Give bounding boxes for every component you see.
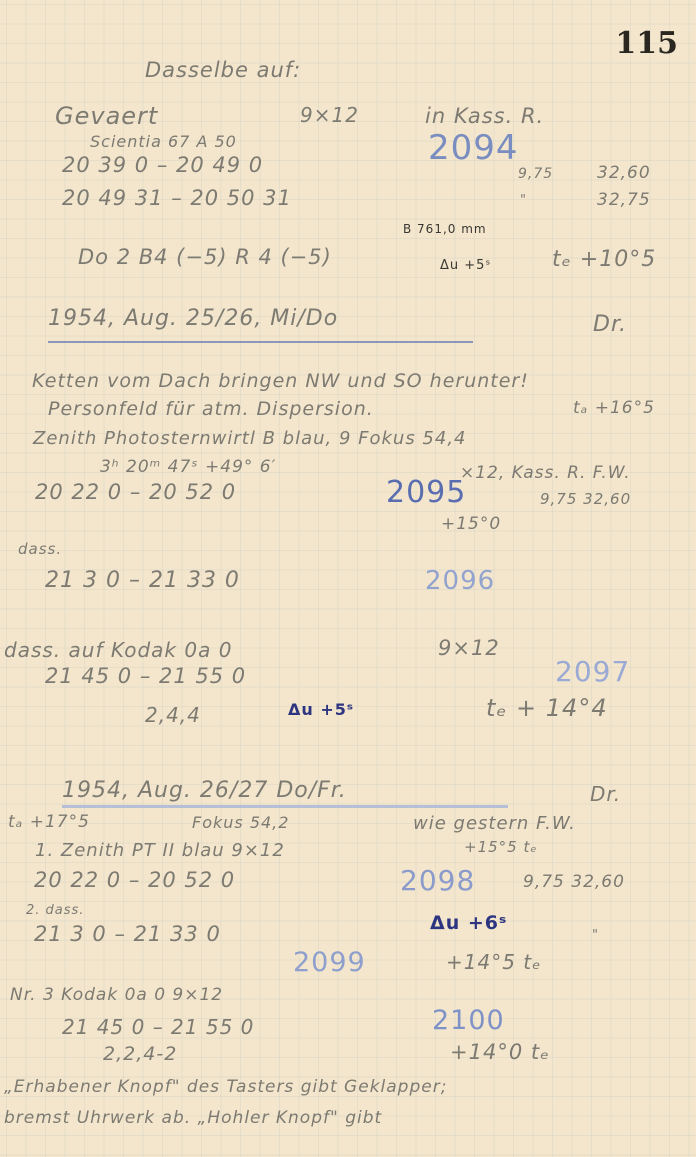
value: 32,60: [597, 163, 651, 183]
temperature: +14°0 tₑ: [450, 1040, 550, 1064]
temperature: +14°5 tₑ: [446, 950, 541, 974]
focus: Fokus 54,2: [192, 813, 289, 832]
exposure-time: 20 22 0 – 20 52 0: [34, 868, 235, 892]
heading-underline: [48, 341, 473, 343]
temperature: tₐ +16°5: [573, 398, 655, 418]
note-line: Personfeld für atm. Dispersion.: [48, 398, 374, 420]
observer: Dr.: [590, 782, 621, 806]
value: 9,75: [518, 166, 553, 182]
temperature: +15°0: [441, 514, 501, 534]
seeing-notes: Do 2 B4 (−5) R 4 (−5): [78, 245, 332, 269]
plate-type: dass. auf Kodak 0a 0: [4, 638, 232, 662]
exposure-time: 21 3 0 – 21 33 0: [34, 922, 221, 946]
plate-info: ×12, Kass. R. F.W.: [460, 463, 631, 483]
seeing: 2,4,4: [145, 703, 201, 727]
plate-size: 9×12: [300, 103, 359, 127]
ditto-label: dass.: [18, 540, 62, 558]
values: 9,75 32,60: [540, 490, 631, 508]
ditto-mark: ": [592, 928, 599, 943]
temperature: tₐ +17°5: [8, 812, 90, 832]
plate-line: Nr. 3 Kodak 0a 0 9×12: [10, 985, 223, 1005]
seeing: 2,2,4-2: [103, 1043, 177, 1065]
exposure-time: 21 45 0 – 21 55 0: [45, 664, 246, 688]
clock-correction: Δu +6ˢ: [430, 912, 507, 934]
ditto-label: 2. dass.: [26, 903, 84, 918]
heading-dasselbe: Dasselbe auf:: [145, 58, 301, 82]
exposure-time: 20 39 0 – 20 49 0: [62, 153, 263, 177]
plate-number: 2100: [432, 1005, 505, 1036]
date-heading: 1954, Aug. 26/27 Do/Fr.: [62, 778, 347, 803]
values: 9,75 32,60: [523, 872, 625, 892]
plate-number: 2099: [293, 947, 366, 978]
coordinates: 3ʰ 20ᵐ 47ˢ +49° 6′: [100, 457, 276, 477]
clock-correction: Δu +5ˢ: [440, 258, 491, 273]
note-line: „Erhabener Knopf" des Tasters gibt Gekla…: [4, 1077, 447, 1097]
instrument-line: 1. Zenith PT II blau 9×12: [35, 840, 285, 861]
plate-number: 2096: [425, 566, 495, 596]
value: 32,75: [597, 190, 651, 210]
clock-correction: Δu +5ˢ: [288, 700, 354, 719]
temperature: tₑ +10°5: [552, 247, 656, 272]
exposure-time: 21 45 0 – 21 55 0: [62, 1015, 254, 1039]
exposure-time: 21 3 0 – 21 33 0: [45, 568, 240, 593]
date-heading: 1954, Aug. 25/26, Mi/Do: [48, 306, 338, 331]
note: wie gestern F.W.: [413, 813, 576, 834]
exposure-time: 20 22 0 – 20 52 0: [35, 480, 236, 504]
note-line: Ketten vom Dach bringen NW und SO herunt…: [32, 370, 529, 392]
notebook-page: 115 Dasselbe auf: Gevaert 9×12 in Kass. …: [0, 0, 696, 1157]
temperature: tₑ + 14°4: [486, 694, 608, 722]
plate-size: 9×12: [438, 636, 500, 660]
plate-number: 2097: [555, 655, 630, 688]
plate-number: 2098: [400, 864, 475, 897]
plate-type: Gevaert: [55, 102, 158, 130]
plate-number: 2094: [428, 128, 519, 168]
instrument-line: Zenith Photosternwirtl B blau, 9 Fokus 5…: [33, 428, 467, 449]
heading-underline: [62, 805, 508, 808]
exposure-time: 20 49 31 – 20 50 31: [62, 186, 292, 210]
temperature: +15°5 tₑ: [464, 838, 538, 856]
emulsion: Scientia 67 A 50: [90, 132, 237, 151]
ditto-mark: ": [520, 193, 527, 208]
plate-number: 2095: [386, 475, 466, 510]
page-number: 115: [615, 26, 678, 61]
note-line: bremst Uhrwerk ab. „Hohler Knopf" gibt: [4, 1108, 382, 1128]
observer: Dr.: [593, 312, 627, 337]
cassette: in Kass. R.: [425, 104, 544, 128]
barometer: B 761,0 mm: [403, 222, 487, 236]
